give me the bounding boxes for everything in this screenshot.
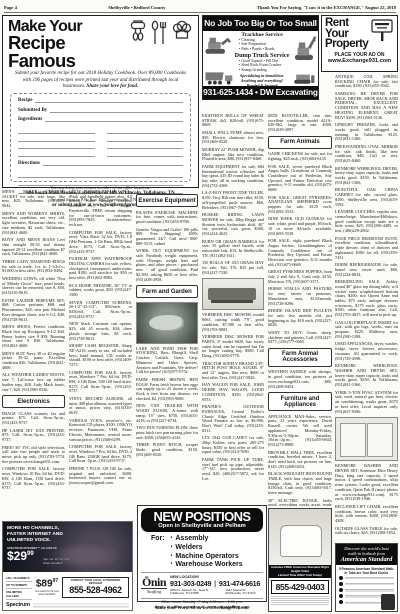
classified-ad: FOR SALE, GREAT PYRENEES-ANATOLIAN SHEPH…: [268, 196, 332, 215]
spectrum-specs: 125+ CHANNELSUP TO 60MBPSUNLIMITED CALLI…: [6, 575, 32, 600]
classified-ad: VERMEER DISC MOWER FOR PARTS, 8' model 6…: [202, 335, 264, 359]
classified-ad: DORM REFRIGERATOR for sale, brand new, n…: [335, 263, 398, 277]
classified-ad: EIGHTEEN ROLLS OF WHEAT STRAW, 4x5, $20/…: [202, 114, 264, 128]
category-header: Electronics: [2, 395, 65, 408]
spectrum-logo: Spectrum: [6, 602, 30, 608]
classified-ad: GREAT PYRENEES PUPPIES, born July 2 and …: [268, 270, 332, 284]
recipe-cookbook-ad: Make Your Recipe Famous: [2, 15, 199, 188]
tub-ad-fineprint: [271, 595, 329, 605]
spectrum-headline: MORE HD CHANNELS, FASTER INTERNET AND UN…: [7, 526, 63, 543]
walkin-tub-photo: [269, 509, 331, 565]
classified-ad: FOR SALE, eight purebred Black Angus hei…: [268, 239, 332, 267]
american-standard-text-ad: Discover the world's best walk-in bathtu…: [335, 543, 398, 612]
classified-ad: LEATHER COUCHES, regular size, creme/bei…: [335, 210, 398, 234]
classified-ad: LTX 1042 CUB CADET for sale, 20hp Kohler…: [202, 436, 264, 455]
classified-ad: FARM TANK PICK UP TUBE, steel fuel pick …: [202, 458, 264, 482]
utensils-icon: [150, 20, 168, 46]
classified-ad: FOR SALE, seven purebred Black Angus bul…: [268, 165, 332, 193]
classified-ad: VINYL RECORD ALBUMS, all mint, 400 plus …: [69, 397, 132, 416]
onin-logo: Ōnin Staffing: [141, 576, 167, 594]
classified-ad: MEN'S BLACK LEATHER JACKET for sale, siz…: [2, 190, 65, 209]
category-header: Farm and Garden: [136, 285, 198, 298]
classified-ad: RECLINER LIFT CHAIR, excellent condition…: [335, 505, 398, 524]
trackhoe-service-items: ClearingSite PreparationPads • Ponds • R…: [231, 38, 293, 52]
classified-ad: BURN OR GRAIN BARRELS for sale, 55 gallo…: [202, 240, 264, 259]
classified-ad: HP LASER JET 1018 PRINTER, $75. Call, 8a…: [2, 429, 65, 443]
directions-field-label: Directions: [18, 161, 40, 166]
check-icon: [339, 582, 343, 586]
recipe-ad-title: Make Your Recipe Famous: [8, 19, 129, 69]
classified-ad: PRATER'S OUTDOOR FURNACES, Central Boile…: [202, 405, 264, 433]
dw-excavating-ad: No Job Too Big Or Too Small: [202, 15, 319, 100]
category-header: Farm Animals: [268, 136, 332, 149]
recipe-ad-blurb: Submit your favorite recipe for our 2018…: [14, 71, 187, 90]
disc-mower-photo: [202, 278, 264, 310]
classified-ad: BOYS' AND MEN'S JEANS Levi slim straight…: [2, 238, 65, 257]
classified-ad: NEW 5'X8' TRAILER WITH WOOD FLOOR, A-fra…: [136, 404, 198, 423]
newspaper-classifieds-page: Page 4 Shelbyville • Bedford County Than…: [0, 0, 400, 614]
excavator-right-icon: [291, 32, 317, 62]
classified-ad: NINE WEEK OLD GUINEAS for sale, white, p…: [268, 217, 332, 236]
classified-ad: VARIOUS VCR'S, receiver's, etc. Kenwood …: [69, 419, 132, 443]
classified-ad: COMPUTER FOR SALE, factory reset, Window…: [69, 445, 132, 464]
tub-ad-phone: 855-429-0403: [271, 580, 329, 594]
recipe-entry-form: Recipe Submitted By Ingredients Directio…: [10, 93, 191, 182]
classified-ad: FARM FRESH BROWN HEN EGGS! Farm fresh br…: [136, 378, 198, 402]
classified-ad: RHODE ISLAND RED PULLETS for sale, five …: [268, 309, 332, 328]
check-icon: [339, 594, 343, 598]
classified-ad: NEW black Cuisinart can opener, $25; old…: [69, 322, 132, 341]
classified-ad: THREE LADY DIAMOND RINGS for sale or tra…: [2, 260, 65, 274]
new-positions-banner: NEW POSITIONS Open in Shelbyville and Pe…: [141, 508, 263, 532]
classified-ad: KENMORE WHIRLPOOL DRYER, heavy-duty, sup…: [335, 167, 398, 186]
classified-ad: PILATES EXERCISE MACHINE for free, comes…: [136, 211, 198, 225]
directions-write-line: [43, 161, 183, 166]
rent-property-ad: Rent Your Property PLACE YOUR AD ON www.…: [321, 15, 398, 72]
classified-ad: LAKE AND POND FISH FOR STOCKING, Bass, B…: [136, 347, 198, 375]
onin-staffing-ad: NEW POSITIONS Open in Shelbyville and Pe…: [137, 505, 267, 602]
classified-ad: MEN'S SUIT Navy 38 or 40 regular jacket …: [2, 352, 65, 371]
dump-truck-service-title: Dump Truck Service: [231, 52, 293, 59]
classified-ad: TRACTOR SUPPLY BRAND 3 PT. HITCH POST HO…: [202, 362, 264, 381]
classified-ad: COMPUTER FOR SALE, factory reset, Window…: [2, 467, 65, 491]
classified-ad: HAY WAGON FOR SALE, JOHN DEERE HAY WAGON…: [202, 383, 264, 402]
category-header: Furniture and Appliances: [268, 392, 332, 411]
product-thumbnail: [381, 594, 395, 610]
classified-column-2: CELL PHONE REPAIR, iPods, iPads and hand…: [69, 190, 132, 518]
classified-ad: THREE POINT HITCH, scraper blade, good c…: [136, 443, 198, 457]
slogan-date: Thank You For Saying, "I saw it in the E…: [257, 5, 396, 10]
check-icon: [339, 588, 343, 592]
ingredients-write-line: [45, 117, 183, 122]
classified-ad: APPLIANCE MAN-Sales, service, parts, 23 …: [268, 415, 332, 448]
excavating-ad-headline: No Job Too Big Or Too Small: [203, 16, 318, 31]
classified-ad: ALL WEATHER LADIES' BOOTS, size 7, LaCro…: [2, 373, 65, 392]
classified-ad: FUJIFILM XP85 WATERPROOF DIGITAL CAMERA …: [69, 257, 132, 281]
spectrum-contact-box: CONTACT YOUR LOCAL AUTHORIZED RETAILER 8…: [62, 577, 129, 598]
classified-ad: UPRIGHT FREEZER, looks and works good, s…: [335, 123, 398, 142]
submitted-by-field-label: Submitted By: [18, 108, 47, 113]
positions-roles: •Assembly•Welders•Machine Operators•Ware…: [171, 535, 243, 570]
ingredients-field-label: Ingredients: [18, 117, 42, 122]
classified-ad: MURRAY 22" PUSH MOWER, 4hp B&S engine, l…: [202, 148, 264, 162]
check-icon: [339, 576, 343, 580]
classified-ad: IMAGE CLASS scanner, fax and printer, $7…: [2, 412, 65, 426]
classified-ad: SAMSUNG HE DRYER FOR SALE, DRYER, SHOE R…: [335, 92, 398, 120]
onin-addresses: 2209 N. Jackson St., Suite D, Tullahoma,…: [170, 589, 263, 596]
classified-ad: FREE! 36" JVC old style television, will…: [2, 446, 65, 465]
classified-ad: REMODELING SALE, Ashley round 46" glass …: [335, 280, 398, 318]
classified-ad: CELL PHONE REPAIR, iPods, iPads and hand…: [69, 190, 132, 228]
tub-ad-caption: Includes FREE American Standard Right He…: [269, 565, 331, 578]
classified-column-5: MTD ROTOTILLER, rear tine, excellent con…: [268, 114, 332, 506]
washer-dryer-photo: [335, 417, 398, 461]
spectrum-legal-fineprint: [33, 602, 129, 608]
classified-ad: FOUR PIECE BEDROOM SUITE, excellent cond…: [335, 237, 398, 261]
classified-ad: COMPUTER FOR SALE, factory reset, Vista …: [69, 231, 132, 255]
category-header: Exercise Equipment: [136, 194, 198, 207]
classified-ad: HORSE STALLS AND PASTURE for rent, farri…: [268, 287, 332, 306]
classified-ad: WESTERN SADDLE with stirrups, in good co…: [268, 370, 332, 389]
classified-ad: RCA HOME THEATRE, 36" TV in cabinet, wor…: [69, 284, 132, 298]
classified-column-4: EIGHTEEN ROLLS OF WHEAT STRAW, 4x5, $20/…: [202, 114, 264, 503]
rent-ad-url: www.Exchange931.com: [325, 58, 394, 64]
fish-photo: [136, 302, 198, 344]
classified-ad: BEAUTIFUL OAK CHINA CABINET for sale, cu…: [335, 188, 398, 207]
classified-ad: MEN'S SHOES, Perfect condition. Black la…: [2, 325, 65, 349]
classified-ad: WEDDING GOWN, off white "Eva of Milady G…: [2, 277, 65, 296]
classified-ad: SHARP CASH REGISTER, Sharp XE-A21S, read…: [69, 344, 132, 368]
classified-ad: GAS LOG FIREPLACE INSERT for sale, with …: [335, 321, 398, 340]
classified-ad: WANT TO BUY: Goats, sheep, chickens and …: [268, 331, 332, 345]
dump-truck-service-items: Good Topsoil • Fill DirtShad Rock From C…: [231, 59, 293, 73]
reasons-checklist: [336, 576, 397, 612]
page-number: Page 4: [4, 5, 17, 10]
classified-ad: ESTEE LAUDER PERFUME SET, $68; Cartier p…: [2, 299, 65, 323]
kitchen-icons: [129, 20, 193, 46]
classified-ad: IPHONE 7 PLUS 128 GB for sale, original …: [69, 467, 132, 486]
rent-ad-sub: PLACE YOUR AD ON: [325, 52, 394, 58]
spectrum-photo: MORE HD CHANNELS, FASTER INTERNET AND UN…: [3, 522, 132, 572]
spectrum-phone: 855-528-4962: [64, 585, 127, 595]
trackhoe-left-icon: [204, 33, 232, 55]
for-rent-sign-icon: [370, 18, 394, 42]
classified-column-6: ANTIQUE COIL SPRING ROCKING CHAIR for sa…: [335, 75, 398, 541]
check-icon: [339, 600, 343, 604]
classified-ad: ANTIQUE COIL SPRING ROCKING CHAIR for sa…: [335, 75, 398, 89]
classified-ad: HUSKEE RIDING LAWN MOWER for sale, 20hp …: [202, 213, 264, 237]
classified-ad: LA-Z-BOY FRONT TINE TILLER, $150. Troy B…: [202, 191, 264, 210]
classified-ad: WORK OUT EQUIPMENT for sale, Parabody we…: [136, 249, 198, 282]
classified-ad: KENMORE WASHER AND DRYER SET, Kenmore El…: [335, 464, 398, 502]
classified-ad: TWO PAN TURNING PLOW, three point hitch …: [136, 426, 198, 440]
classified-ad: YORK 5-TON HVAC SYSTEM for sale, used, n…: [335, 391, 398, 415]
edition-title: Shelbyville • Bedford County: [108, 5, 165, 10]
classified-ad: KENMORE WHIRLPOOL WASHER AND DRYER SET, …: [335, 364, 398, 388]
chef-hat-icon: [171, 20, 193, 46]
spectrum-price-suffix: /per mo. for 12 mos when bundled*: [43, 558, 73, 565]
excavating-note: Specializing in demolition. Anything and…: [231, 74, 293, 88]
five-reasons-subhead: 5 Reasons American Standard Walk-In Tubs…: [338, 567, 395, 575]
onin-phones: 931-303-0249|931-474-6616: [170, 579, 263, 588]
recipe-write-line: [35, 98, 183, 103]
classified-ad: BROYHILL HALL TREE, excellent condition,…: [268, 451, 332, 470]
classified-ad: USED APPLIANCES, dryer, washer, fridge, …: [335, 342, 398, 361]
classified-ad: 30" ELECTRIC RANGE, looks good, everythi…: [268, 499, 332, 506]
classified-ad: COMPUTER FOR SALE, factory reset, Window…: [69, 371, 132, 395]
for-label: For:: [151, 535, 165, 570]
spectrum-bundle-price: $8997 /mo each for 12 mos when bundled*: [34, 578, 60, 595]
classified-ad: FREESTANDING OVAL MIRROR for sale, oak f…: [335, 145, 398, 164]
classified-ad: GAME CHICKENS for sale, not for fighting…: [268, 152, 332, 161]
rent-ad-title: Rent Your Property: [325, 18, 368, 50]
bulldozer-icon: [291, 72, 317, 85]
american-standard-headline: Discover the world's best walk-in bathtu…: [336, 544, 397, 565]
classified-ad: SMALL WELL PUMP, almost new, $50. Electr…: [202, 131, 264, 145]
category-header: Farm Animal Accessories: [268, 348, 332, 367]
classified-ad: OUTSIDE GLASS TABLE for sale, with six c…: [335, 527, 398, 536]
classified-ad: VERMEER DISC MOWER, model 6063, cutting …: [202, 313, 264, 332]
recipe-field-label: Recipe: [18, 98, 32, 103]
classified-column-1: MEN'S BLACK LEATHER JACKET for sale, siz…: [2, 190, 65, 518]
classified-ad: BLACK WROUGHT IRON ROUND TABLE, with fou…: [268, 472, 332, 496]
page-header: Page 4 Shelbyville • Bedford County Than…: [4, 2, 396, 13]
word-ad-footer-note: Place your Word Ad on www.Exchange931.co…: [137, 605, 267, 610]
submitted-write-line: [50, 108, 183, 113]
classified-column-3: Exercise EquipmentPILATES EXERCISE MACHI…: [136, 193, 198, 502]
classified-ad: SEVEN COMPUTER SCREENS, 20-1/2"-23-1/2",…: [69, 301, 132, 320]
classified-ad: MTD ROTOTILLER, rear tine, excellent con…: [268, 114, 332, 133]
classified-ad: FARM EQUIPMENT for sale, 684 Internation…: [202, 165, 264, 189]
classified-ad: 150 ROLLS OF 4X5 GRASS HAY for sale, Taf…: [202, 261, 264, 275]
spectrum-price: $2999: [7, 549, 34, 563]
ingredients-lines: [18, 127, 183, 157]
classified-ad: Generic Viagra and Cialis! 100 pills $99…: [136, 228, 198, 247]
walkin-tub-photo-ad: Includes FREE American Standard Right He…: [268, 508, 332, 612]
hand-mixer-icon: [129, 20, 147, 46]
spectrum-ad: MORE HD CHANNELS, FASTER INTERNET AND UN…: [2, 521, 133, 611]
classified-ad: MEN'S AND WOMEN'S SHIRTS, excellent cond…: [2, 212, 65, 236]
